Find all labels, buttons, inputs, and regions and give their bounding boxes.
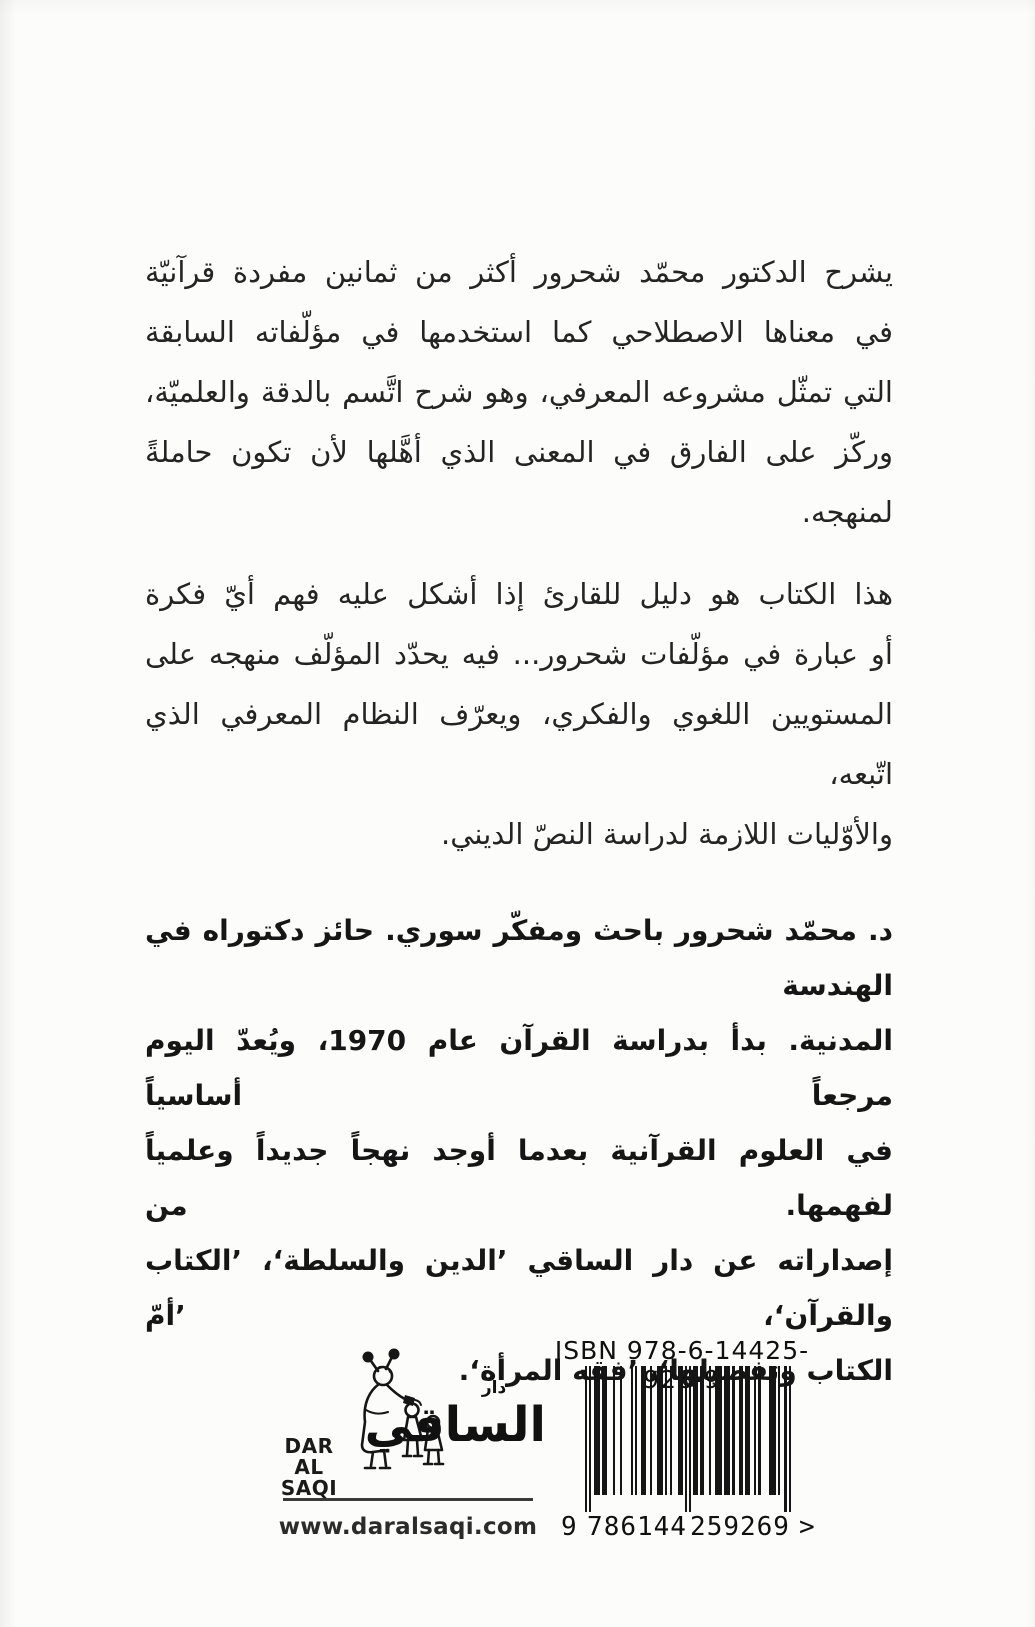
book-back-cover: يشرح الدكتور محمّد شحرور أكثر من ثمانين … — [0, 0, 1035, 1627]
blurb-line: أو عبارة في مؤلّفات شحرور... فيه يحدّد ا… — [145, 624, 893, 684]
blurb-line: في العلوم القرآنية بعدما أوجد نهجاً جديد… — [145, 1123, 893, 1233]
barcode-bar — [700, 1366, 704, 1495]
barcode-digit-group: 259269 — [690, 1512, 790, 1542]
barcode-bar — [769, 1366, 776, 1495]
blurb-line: في معناها الاصطلاحي كما استخدمها في مؤلّ… — [145, 302, 893, 362]
barcode-bar — [784, 1366, 786, 1512]
barcode-bar — [613, 1366, 615, 1495]
barcode-bar — [594, 1366, 601, 1495]
blurb-paragraph: يشرح الدكتور محمّد شحرور أكثر من ثمانين … — [145, 242, 893, 542]
publisher-arabic-name-small: دار — [450, 1380, 538, 1396]
barcode-bar — [715, 1366, 722, 1495]
barcode-bar — [724, 1366, 731, 1495]
barcode-bar — [678, 1366, 682, 1495]
barcode-bar — [631, 1366, 633, 1495]
barcode-bar — [754, 1366, 756, 1495]
barcode-bar — [739, 1366, 743, 1495]
barcode-bar — [650, 1366, 652, 1495]
blurb-line: هذا الكتاب هو دليل للقارئ إذا أشكل عليه … — [145, 564, 893, 624]
barcode-bar — [657, 1366, 664, 1495]
blurb-paragraph: هذا الكتاب هو دليل للقارئ إذا أشكل عليه … — [145, 564, 893, 864]
publisher-arabic-name-large: الساقي — [450, 1396, 546, 1454]
barcode-bar — [670, 1366, 672, 1495]
barcode-bar — [685, 1366, 687, 1512]
blurb-line: المستويين اللغوي والفكري، ويعرّف النظام … — [145, 684, 893, 804]
blurb-line: وركّز على الفارق في المعنى الذي أهَّلها … — [145, 422, 893, 482]
barcode-bar — [778, 1366, 780, 1495]
blurb-line: المدنية. بدأ بدراسة القرآن عام 1970، ويُ… — [145, 1013, 893, 1123]
blurb-line: إصداراته عن دار الساقي ’الدين والسلطة‘، … — [145, 1233, 893, 1343]
barcode-bar — [709, 1366, 711, 1495]
barcode-digits: 9 786144 259269 > — [585, 1512, 791, 1544]
blurb-line: د. محمّد شحرور باحث ومفكّر سوري. حائز دك… — [145, 903, 893, 1013]
isbn-barcode: 9 786144 259269 > — [585, 1366, 791, 1544]
barcode-bar — [689, 1366, 691, 1512]
logo-divider — [283, 1498, 533, 1501]
barcode-bar — [758, 1366, 760, 1495]
blurb-line: يشرح الدكتور محمّد شحرور أكثر من ثمانين … — [145, 242, 893, 302]
barcode-bar — [635, 1366, 637, 1495]
barcode-bar — [745, 1366, 749, 1495]
blurb-paragraph: د. محمّد شحرور باحث ومفكّر سوري. حائز دك… — [145, 903, 893, 1398]
barcode-bar — [789, 1366, 791, 1512]
barcode-bar — [641, 1366, 645, 1495]
barcode-bar — [732, 1366, 734, 1495]
barcode-bar — [693, 1366, 697, 1495]
barcode-bar — [589, 1366, 591, 1512]
publisher-website: www.daralsaqi.com — [270, 1514, 546, 1540]
blurb-line: والأوّليات اللازمة لدراسة النصّ الديني. — [145, 804, 893, 864]
barcode-bar — [620, 1366, 622, 1495]
barcode-digit-group: > — [799, 1512, 815, 1542]
barcode-bar — [585, 1366, 587, 1512]
blurb-line: التي تمثّل مشروعه المعرفي، وهو شرح اتَّس… — [145, 362, 893, 422]
barcode-digit-group: 9 — [561, 1512, 577, 1542]
blurb: يشرح الدكتور محمّد شحرور أكثر من ثمانين … — [145, 242, 893, 1420]
barcode-bar — [665, 1366, 667, 1495]
barcode-digit-group: 786144 — [587, 1512, 687, 1542]
barcode-bar — [602, 1366, 606, 1495]
publisher-arabic-logo: دار الساقي — [450, 1380, 546, 1480]
blurb-line: لمنهجه. — [145, 482, 893, 542]
